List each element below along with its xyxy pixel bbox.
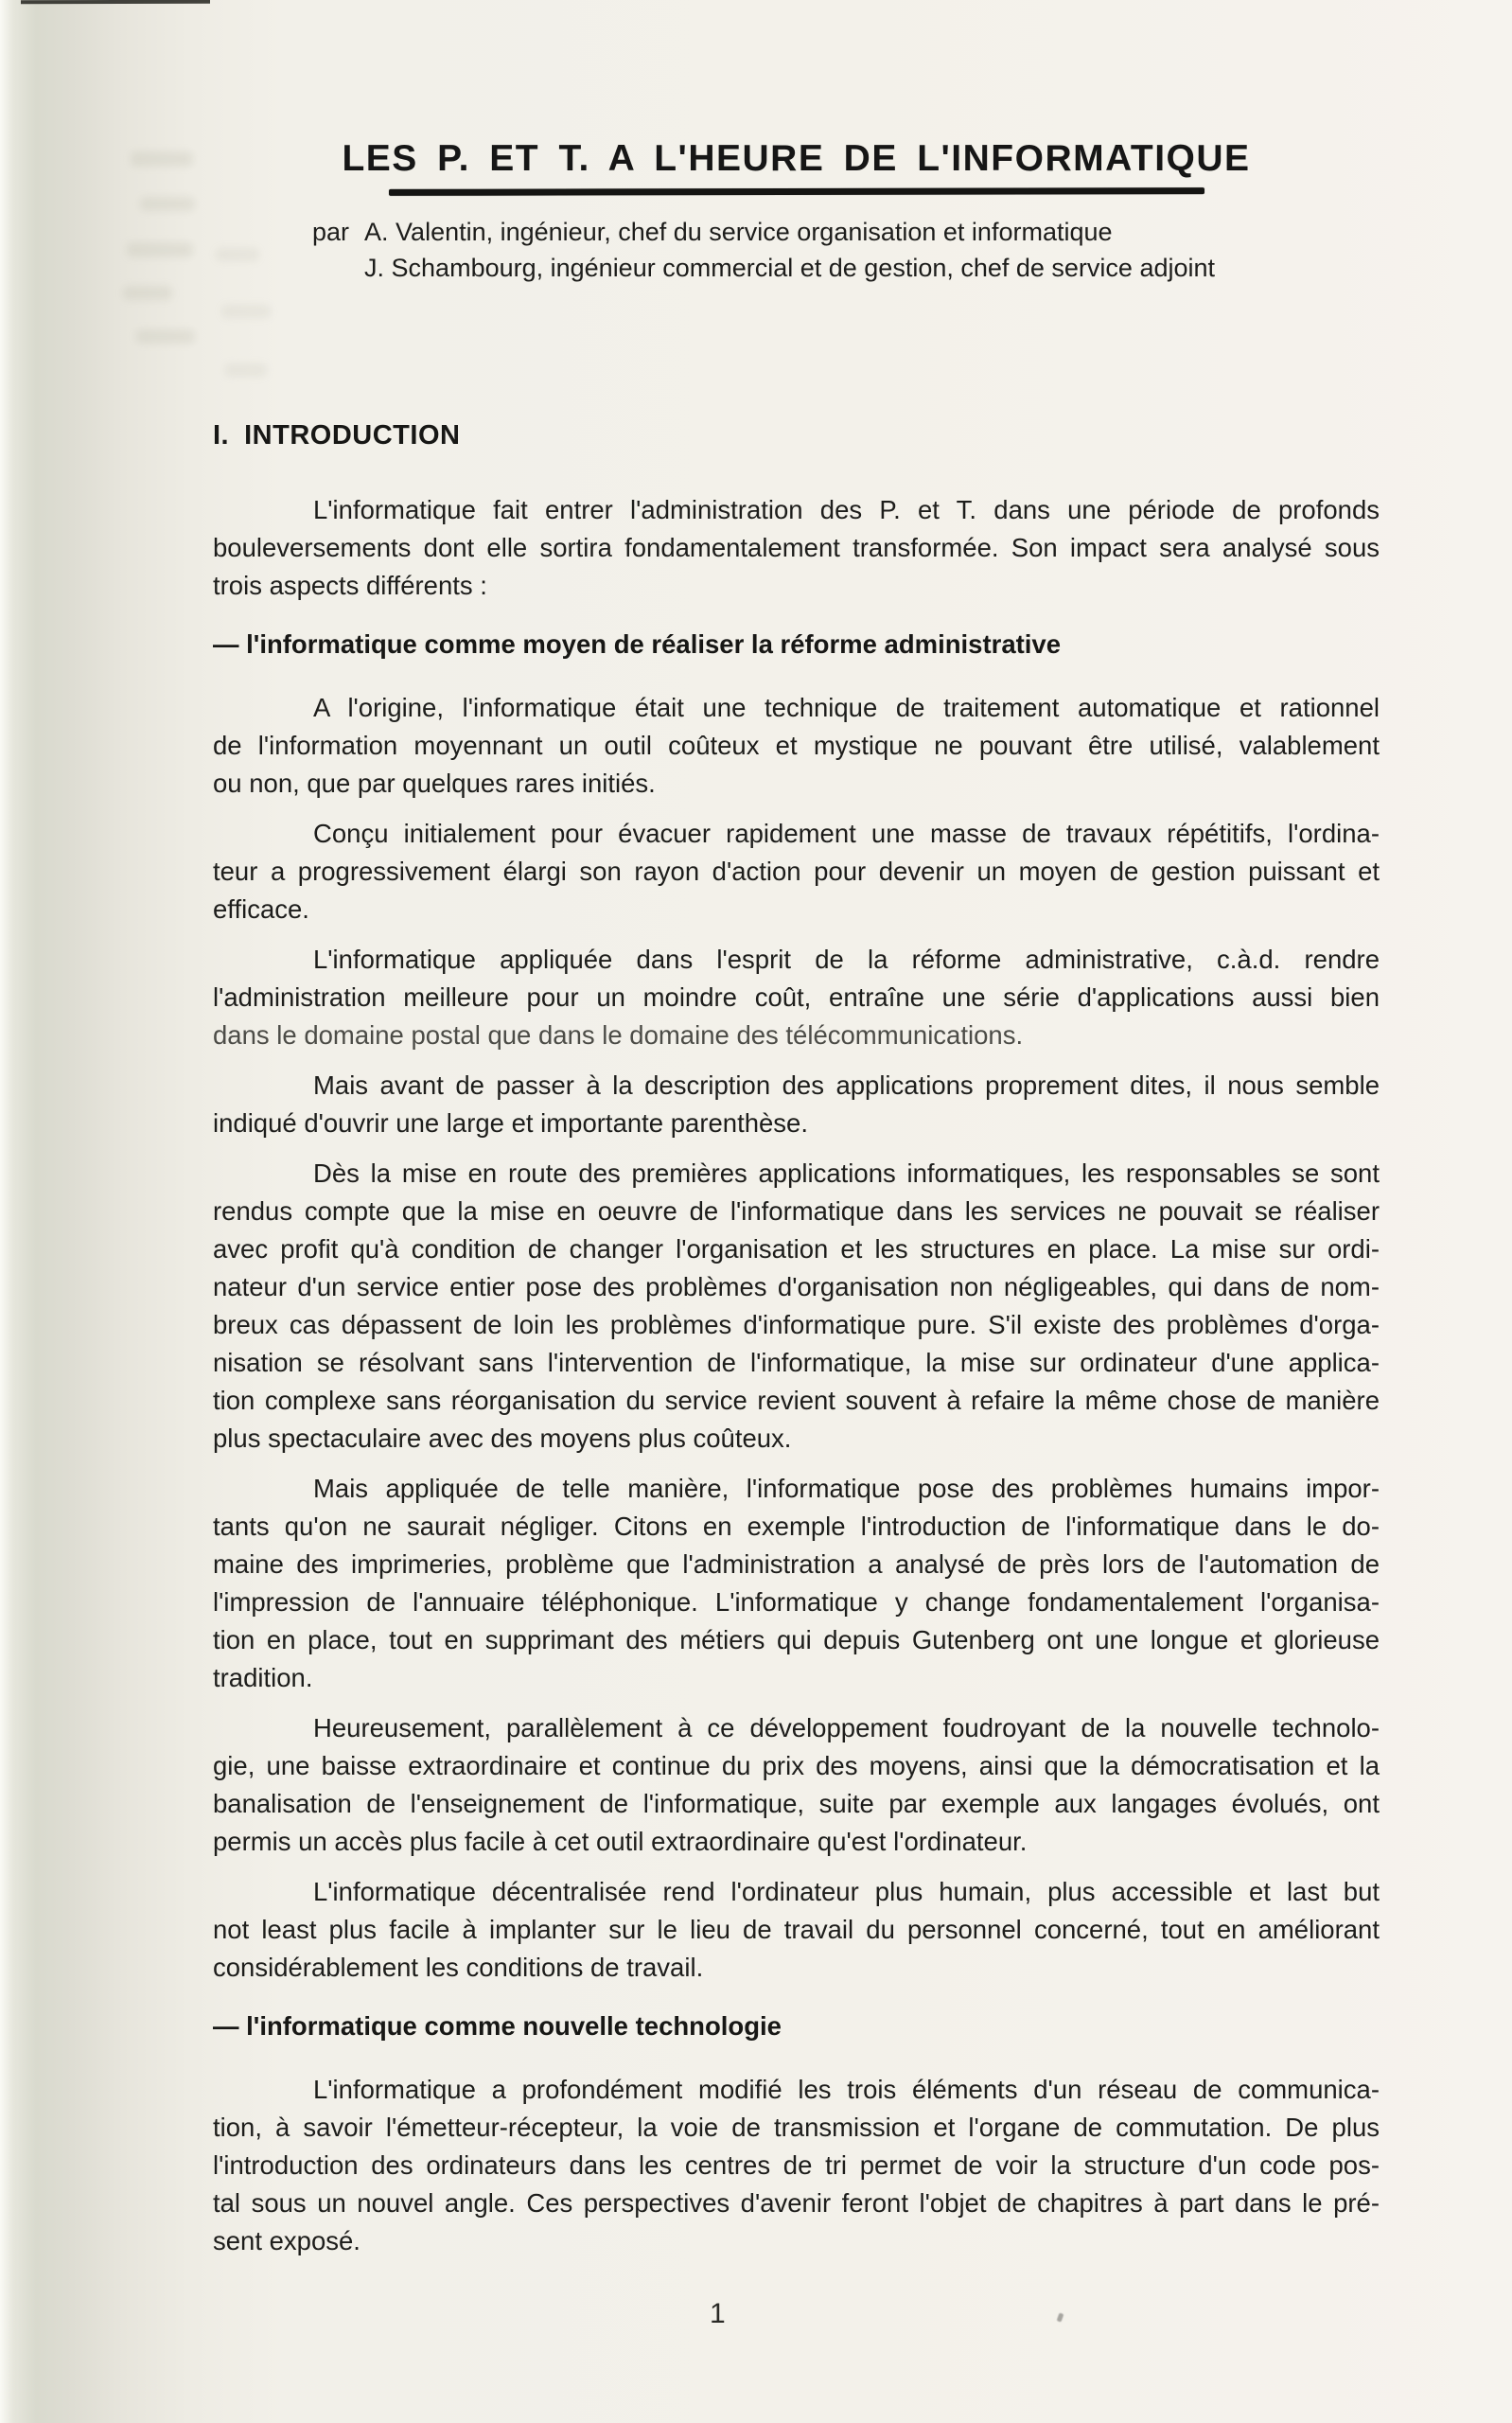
text-line: gie, une baisse extraordinaire et contin… [213,1747,1380,1785]
paragraph: Mais avant de passer à la description de… [213,1067,1380,1142]
scan-artifact [131,151,193,167]
author: A. Valentin, ingénieur, chef du service … [364,214,1215,250]
scan-artifact [216,248,259,261]
text-line: l'introduction des ordinateurs dans les … [213,2147,1380,2184]
text-line: banalisation de l'enseignement de l'info… [213,1785,1380,1823]
paragraph: Heureusement, parallèlement à ce dévelop… [213,1709,1380,1861]
scan-artifact [123,286,172,300]
paragraph: L'informatique a profondément modifié le… [213,2071,1380,2260]
title-underline [388,187,1204,196]
text-line: tion en place, tout en supprimant des mé… [213,1621,1380,1659]
scan-artifact [127,242,193,257]
scan-artifact [136,329,195,344]
page-number: 1 [710,2298,726,2330]
text-line: L'informatique fait entrer l'administrat… [213,491,1380,529]
byline: par A. Valentin, ingénieur, chef du serv… [312,214,1215,286]
document-body: L'informatique fait entrer l'administrat… [213,491,1380,2260]
text-line: Conçu initialement pour évacuer rapideme… [213,815,1380,853]
text-line: A l'origine, l'informatique était une te… [213,689,1380,727]
scanned-document-page: LES P. ET T. A L'HEURE DE L'INFORMATIQUE… [0,0,1512,2423]
text-line: tants qu'on ne saurait négliger. Citons … [213,1508,1380,1546]
text-line: tal sous un nouvel angle. Ces perspectiv… [213,2184,1380,2222]
section-title: INTRODUCTION [244,420,460,451]
scan-artifact [140,197,195,211]
subheading: — l'informatique comme moyen de réaliser… [213,626,1380,663]
text-line: l'administration meilleure pour un moind… [213,979,1380,1017]
text-line: avec profit qu'à condition de changer l'… [213,1230,1380,1268]
text-line: L'informatique décentralisée rend l'ordi… [213,1873,1380,1911]
text-line: ou non, que par quelques rares initiés. [213,765,1380,803]
paragraph: L'informatique fait entrer l'administrat… [213,491,1380,605]
scan-artifact [221,305,271,318]
section-numeral: I. [213,420,229,451]
paragraph: Dès la mise en route des premières appli… [213,1155,1380,1458]
text-line: permis un accès plus facile à cet outil … [213,1823,1380,1861]
text-line: Dès la mise en route des premières appli… [213,1155,1380,1193]
scan-artifact [225,363,267,377]
text-line: nateur d'un service entier pose des prob… [213,1268,1380,1306]
author-list: A. Valentin, ingénieur, chef du service … [364,214,1215,286]
text-line: bouleversements dont elle sortira fondam… [213,529,1380,567]
text-line: considérablement les conditions de trava… [213,1949,1380,1987]
text-line: Mais avant de passer à la description de… [213,1067,1380,1105]
scan-edge-artifact [21,0,210,4]
text-line: L'informatique appliquée dans l'esprit d… [213,941,1380,979]
paragraph: L'informatique appliquée dans l'esprit d… [213,941,1380,1054]
document-header: LES P. ET T. A L'HEURE DE L'INFORMATIQUE [213,138,1380,195]
text-line: tion, à savoir l'émetteur-récepteur, la … [213,2109,1380,2147]
text-line: Heureusement, parallèlement à ce dévelop… [213,1709,1380,1747]
text-line: maine des imprimeries, problème que l'ad… [213,1546,1380,1583]
text-line: indiqué d'ouvrir une large et importante… [213,1105,1380,1142]
text-line: L'informatique a profondément modifié le… [213,2071,1380,2109]
text-line: nisation se résolvant sans l'interventio… [213,1344,1380,1382]
byline-prefix: par [312,214,349,250]
text-line: efficace. [213,891,1380,929]
scan-artifact [1057,2312,1064,2322]
text-line: de l'information moyennant un outil coût… [213,727,1380,765]
text-line: teur a progressivement élargi son rayon … [213,853,1380,891]
text-line: sent exposé. [213,2222,1380,2260]
text-line: Mais appliquée de telle manière, l'infor… [213,1470,1380,1508]
paragraph: Mais appliquée de telle manière, l'infor… [213,1470,1380,1697]
paragraph: A l'origine, l'informatique était une te… [213,689,1380,803]
text-line: tion complexe sans réorganisation du ser… [213,1382,1380,1420]
text-line: l'impression de l'annuaire téléphonique.… [213,1583,1380,1621]
paragraph: L'informatique décentralisée rend l'ordi… [213,1873,1380,1987]
text-line: plus spectaculaire avec des moyens plus … [213,1420,1380,1458]
author: J. Schambourg, ingénieur commercial et d… [364,250,1215,286]
text-line: breux cas dépassent de loin les problème… [213,1306,1380,1344]
text-line: not least plus facile à implanter sur le… [213,1911,1380,1949]
text-line: trois aspects différents : [213,567,1380,605]
page-title: LES P. ET T. A L'HEURE DE L'INFORMATIQUE [342,138,1250,180]
subheading: — l'informatique comme nouvelle technolo… [213,2007,1380,2045]
text-line: rendus compte que la mise en oeuvre de l… [213,1193,1380,1230]
paragraph: Conçu initialement pour évacuer rapideme… [213,815,1380,929]
text-line: dans le domaine postal que dans le domai… [213,1017,1380,1054]
text-line: tradition. [213,1659,1380,1697]
section-heading: I.INTRODUCTION [213,420,1380,451]
